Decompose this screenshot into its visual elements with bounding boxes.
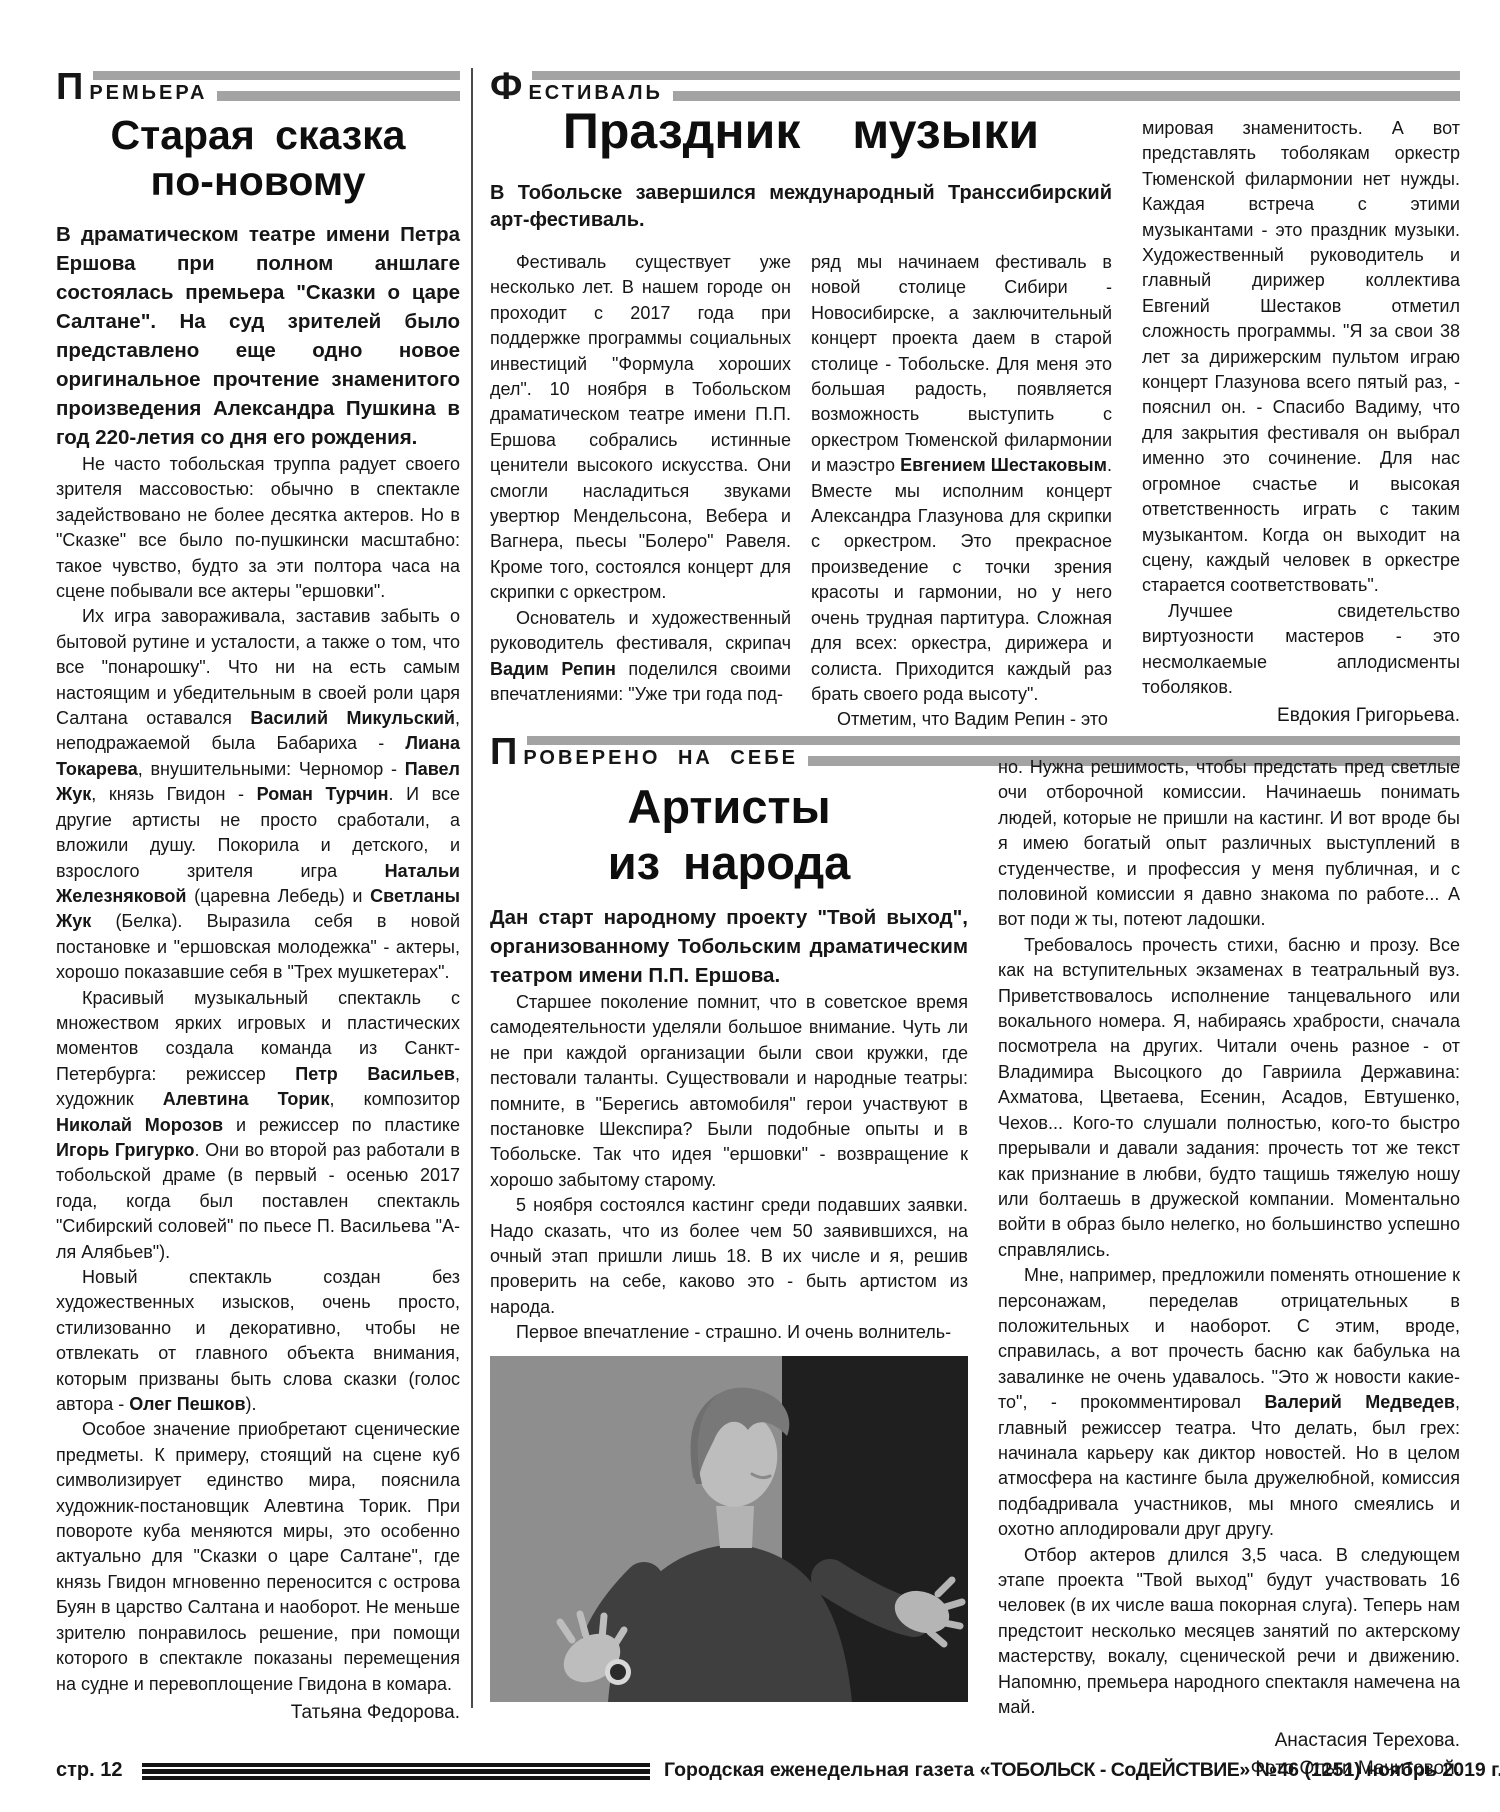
article-lead: В Тобольске завершился международный Тра… — [490, 180, 1112, 234]
byline: Евдокия Григорьева. — [1142, 703, 1460, 728]
festival-column-3: мировая знаменитость. А вот представлять… — [1142, 116, 1460, 728]
article-body: Не часто тобольская труппа радует своего… — [56, 452, 460, 1697]
article-self-test: П РОВЕРЕНО НА СЕБЕ Артисты из народа Дан… — [490, 733, 1460, 1725]
self-test-right-text: но. Нужна решимость, чтобы предстать пре… — [998, 755, 1460, 1720]
festival-column-2: ряд мы начинаем фестиваль в новой столиц… — [811, 250, 1112, 733]
self-test-left-text: Старшее поколение помнит, что в советско… — [490, 990, 968, 1346]
section-bar-top — [527, 736, 1460, 745]
section-header-festival: Ф ЕСТИВАЛЬ — [490, 68, 1460, 104]
section-header-right: ЕСТИВАЛЬ — [526, 68, 1460, 104]
section-label: РОВЕРЕНО НА СЕБЕ — [521, 747, 798, 769]
page-number: стр. 12 — [56, 1759, 123, 1782]
paragraph: Старшее поколение помнит, что в советско… — [490, 990, 968, 1193]
section-initial-letter: Ф — [490, 70, 523, 104]
title-line: Праздник музыки — [490, 104, 1112, 158]
paragraph: Мне, например, предложили поменять отнош… — [998, 1263, 1460, 1542]
imprint-prefix: Городская еженедельная газета « — [664, 1759, 990, 1781]
section-header-premiere: П РЕМЬЕРА — [56, 68, 460, 104]
newspaper-page: П РЕМЬЕРА Старая сказка по-новому В драм… — [0, 0, 1500, 1812]
paragraph: Особое значение приобретают сценические … — [56, 1417, 460, 1696]
paragraph: Красивый музыкальный спектакль с множест… — [56, 986, 460, 1265]
article-title: Артисты из народа — [490, 779, 968, 891]
newspaper-imprint: Городская еженедельная газета «ТОБОЛЬСК … — [664, 1759, 1500, 1782]
paragraph: Их игра завораживала, заставив забыть о … — [56, 604, 460, 985]
paragraph: 5 ноября состоялся кастинг среди подавши… — [490, 1193, 968, 1320]
section-label: РЕМЬЕРА — [87, 82, 207, 104]
self-test-right-column: но. Нужна решимость, чтобы предстать пре… — [998, 755, 1460, 1781]
byline-author: Анастасия Терехова. — [998, 1728, 1460, 1753]
paragraph: но. Нужна решимость, чтобы предстать пре… — [998, 755, 1460, 933]
festival-columns: Фестиваль существует уже несколько лет. … — [490, 250, 1112, 733]
section-initial-letter: П — [490, 735, 518, 769]
article-festival: Ф ЕСТИВАЛЬ Праздник музыки В Тобольске з… — [490, 68, 1460, 730]
footer-rule — [142, 1763, 650, 1780]
section-bar-top — [93, 71, 460, 80]
column-divider-rule — [471, 68, 473, 1708]
article-title: Праздник музыки — [490, 104, 1112, 158]
festival-main-block: Праздник музыки В Тобольске завершился м… — [490, 104, 1112, 733]
title-line: по-новому — [56, 158, 460, 204]
section-label: ЕСТИВАЛЬ — [526, 82, 662, 104]
title-line: Старая сказка — [56, 112, 460, 158]
paragraph: Лучшее свидетельство виртуозности мастер… — [1142, 599, 1460, 701]
section-bar-bottom — [217, 91, 460, 101]
paragraph: Не часто тобольская труппа радует своего… — [56, 452, 460, 604]
page-footer: стр. 12 Городская еженедельная газета «Т… — [56, 1757, 1460, 1793]
byline: Татьяна Федорова. — [56, 1700, 460, 1725]
title-line: Артисты — [490, 779, 968, 835]
section-initial-letter: П — [56, 70, 84, 104]
section-bar-top — [532, 71, 1460, 80]
paragraph: Новый спектакль создан без художественны… — [56, 1265, 460, 1417]
paragraph: Фестиваль существует уже несколько лет. … — [490, 250, 791, 606]
paragraph: мировая знаменитость. А вот представлять… — [1142, 116, 1460, 599]
newspaper-brand: ТОБОЛЬСК - СоДЕЙСТВИЕ — [990, 1759, 1239, 1781]
article-lead: Дан старт народному проекту "Твой выход"… — [490, 903, 968, 990]
paragraph: Требовалось прочесть стихи, басню и проз… — [998, 933, 1460, 1263]
article-lead: В драматическом театре имени Петра Ершов… — [56, 220, 460, 452]
festival-column-1: Фестиваль существует уже несколько лет. … — [490, 250, 791, 733]
article-premiere: П РЕМЬЕРА Старая сказка по-новому В драм… — [56, 68, 460, 1725]
imprint-suffix: » №46 (1251) ноябрь 2019 г. — [1239, 1759, 1500, 1781]
casting-participant-photo — [490, 1356, 968, 1702]
paragraph: Основатель и художественный руководитель… — [490, 606, 791, 708]
section-bar-bottom — [673, 91, 1460, 101]
paragraph: Отбор актеров длился 3,5 часа. В следующ… — [998, 1543, 1460, 1721]
section-header-right: РЕМЬЕРА — [87, 68, 460, 104]
self-test-left-column: Артисты из народа Дан старт народному пр… — [490, 769, 968, 1702]
paragraph: Первое впечатление - страшно. И очень во… — [490, 1320, 968, 1345]
article-title: Старая сказка по-новому — [56, 112, 460, 204]
title-line: из народа — [490, 835, 968, 891]
festival-column-3-text: мировая знаменитость. А вот представлять… — [1142, 116, 1460, 700]
paragraph: ряд мы начинаем фестиваль в новой столиц… — [811, 250, 1112, 707]
paragraph: Отметим, что Вадим Репин - это — [811, 707, 1112, 732]
